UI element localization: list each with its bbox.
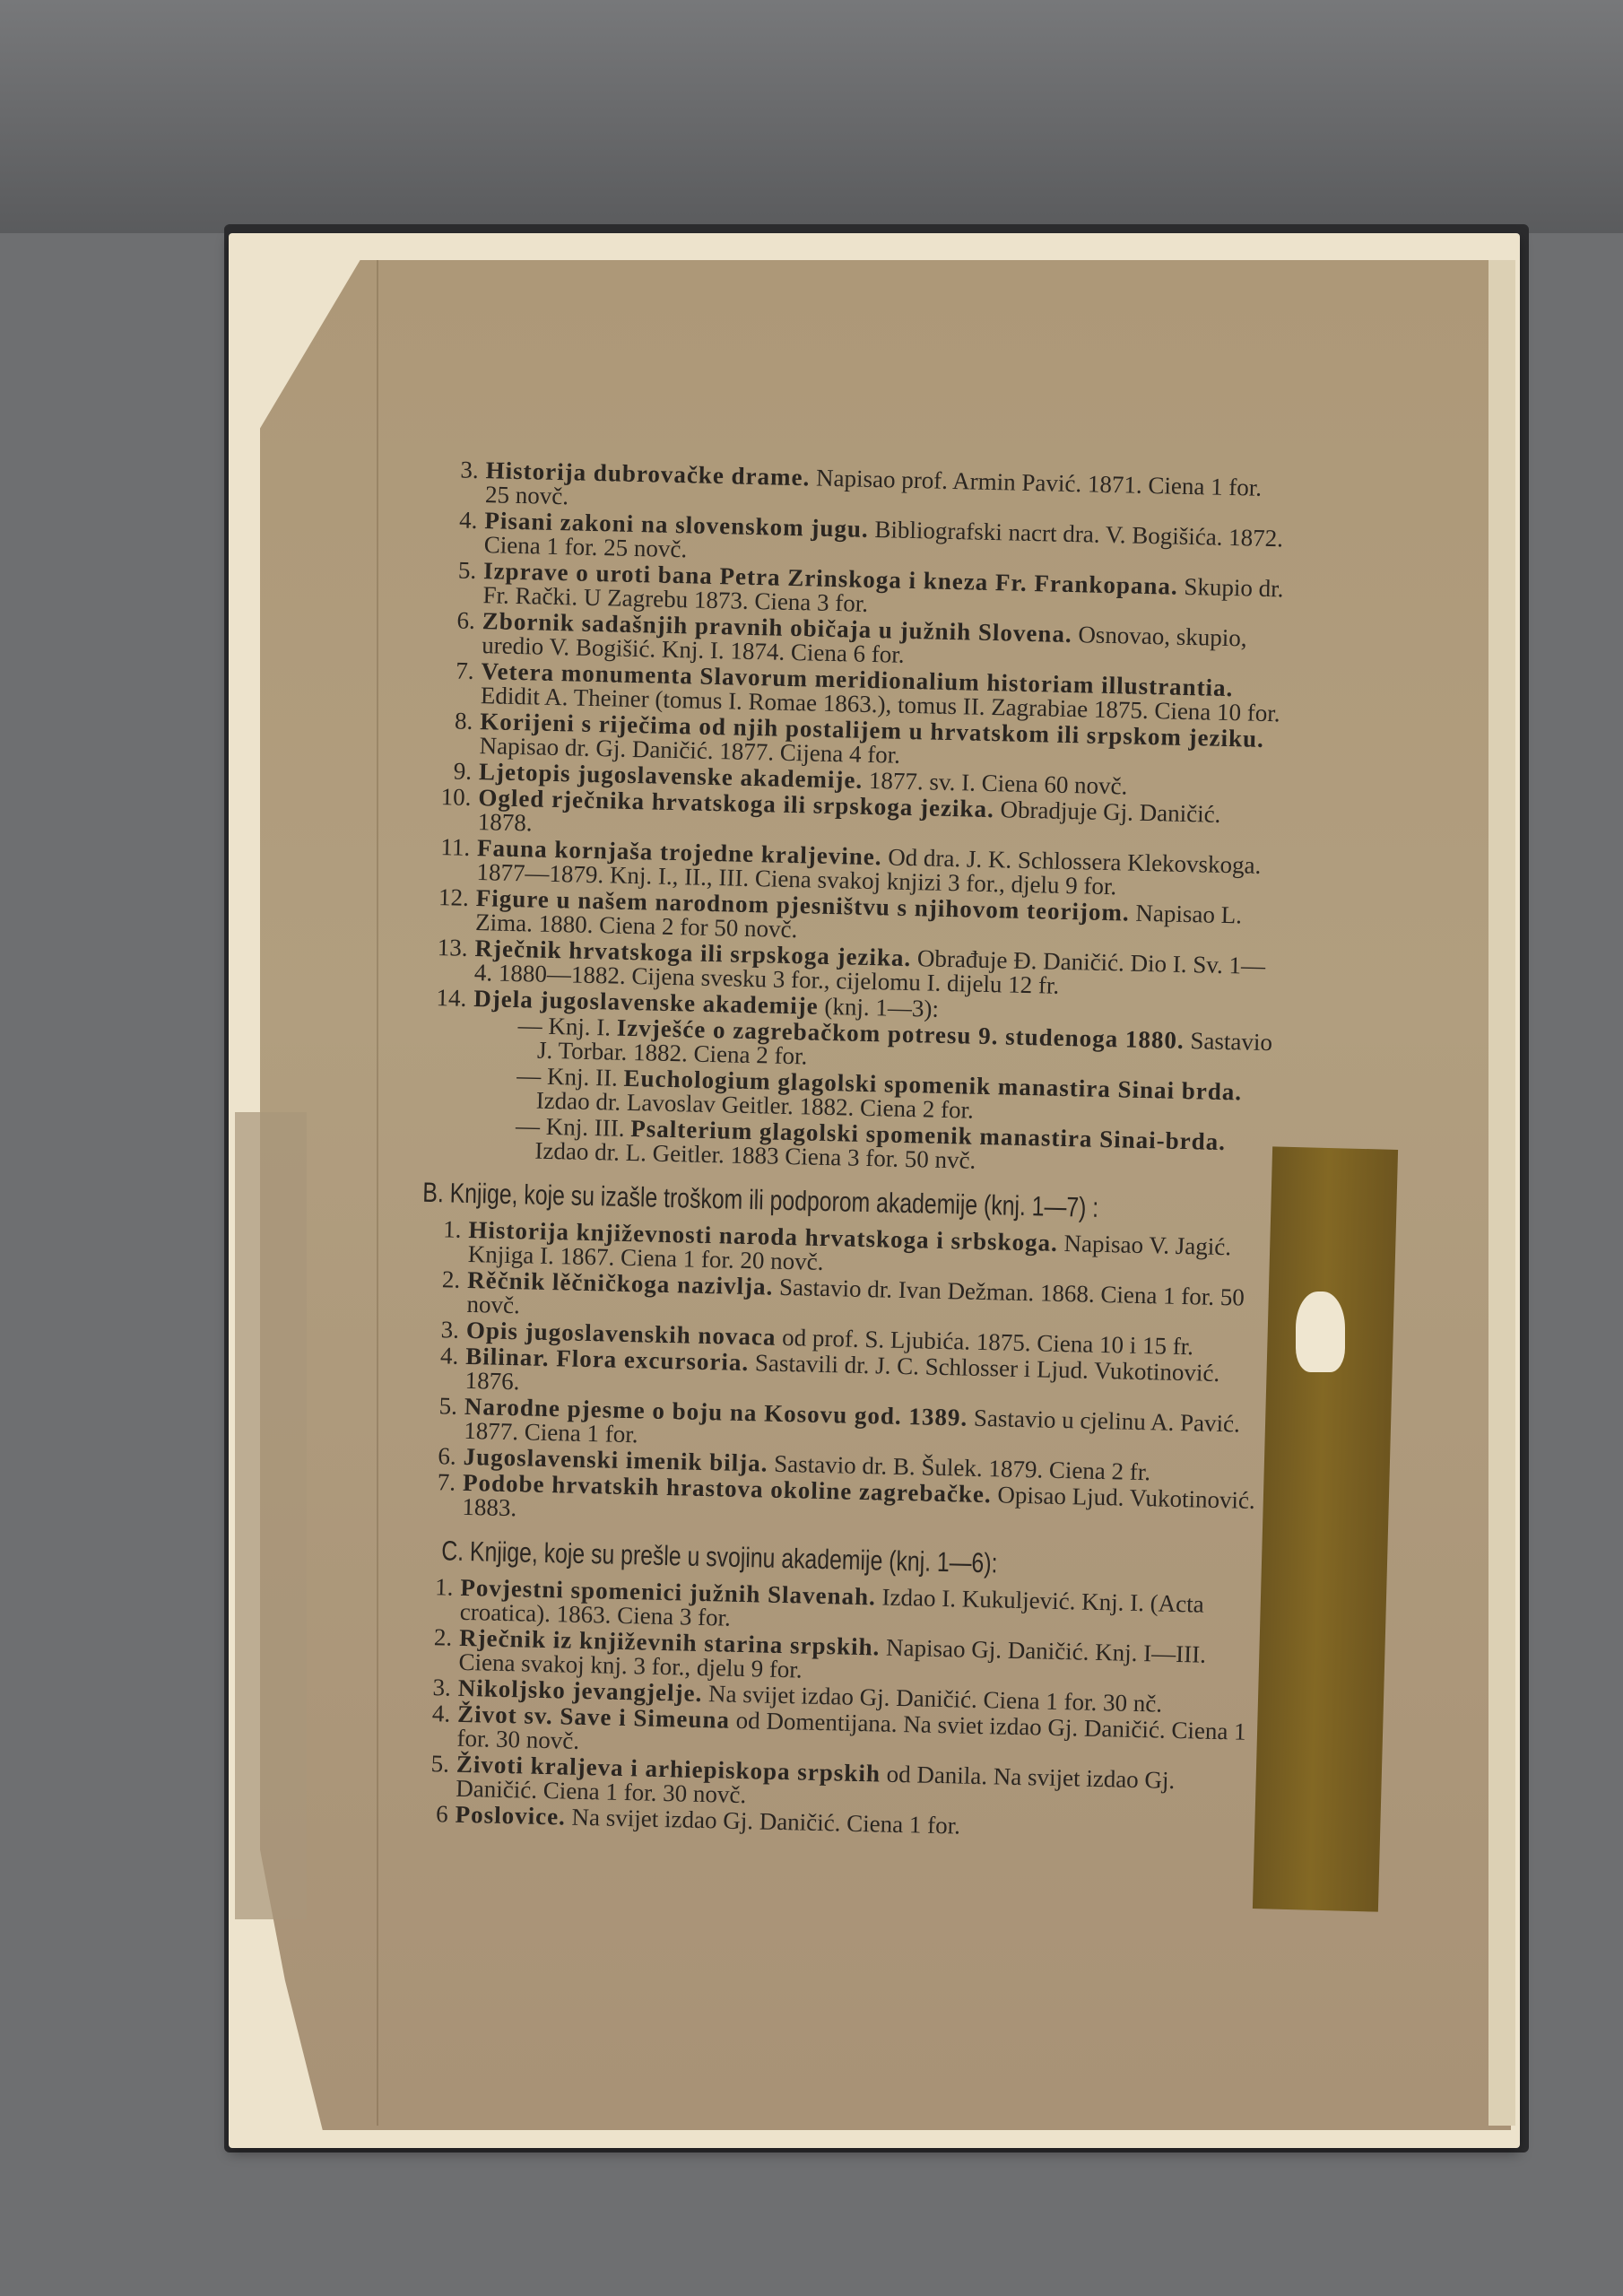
item-number: 6. (416, 1444, 456, 1469)
section-b-heading: B. Knjige, koje su izašle troškom ili po… (422, 1180, 1100, 1220)
item-title: Poslovice. (455, 1801, 566, 1831)
item-number: 5. (418, 1394, 458, 1419)
item-number: 3. (438, 457, 479, 483)
section-b-list: 1.Historija književnosti naroda hrvatsko… (415, 1217, 1269, 1537)
item-number: 14. (427, 986, 467, 1011)
scanner-background (0, 0, 1623, 233)
section-a-list: 3.Historija dubrovačke drame. Napisao pr… (427, 457, 1287, 1029)
page-edge (1488, 260, 1515, 2126)
item-number: 10. (431, 785, 472, 810)
section-c-list: 1.Povjestni spomenici južnih Slavenah. I… (408, 1575, 1261, 1845)
item-number: 2. (421, 1267, 461, 1292)
item-number: 5. (410, 1752, 450, 1777)
torn-flap (235, 1112, 307, 1919)
item-number: 3. (412, 1675, 452, 1700)
item-number: 2. (412, 1625, 453, 1650)
item-number: 9. (432, 759, 473, 784)
item-number: 13. (428, 935, 468, 961)
item-number: 6 (408, 1802, 448, 1827)
item-number: 5. (437, 558, 477, 583)
item-number: 3. (420, 1318, 460, 1343)
item-number: 11. (430, 835, 471, 860)
item-number: 8. (433, 709, 473, 734)
item-number: 4. (438, 508, 478, 533)
section-a-subitems: — Knj. I. Izvješće o zagrebačkom potresu… (423, 1012, 1274, 1179)
item-number: 6. (436, 608, 476, 633)
section-c-heading: C. Knjige, koje su prešle u svojinu akad… (441, 1538, 1098, 1578)
fold-line (377, 260, 378, 2126)
item-number: 1. (413, 1575, 454, 1600)
item-number: 7. (416, 1470, 456, 1495)
item-number: 12. (430, 885, 470, 910)
book-list: 3.Historija dubrovačke drame. Napisao pr… (408, 457, 1286, 1847)
item-number: 4. (411, 1701, 451, 1726)
item-number: 4. (419, 1344, 459, 1369)
item-number: 7. (434, 658, 474, 683)
item-details: (knj. 1—3): (818, 993, 939, 1022)
adhesive-tape-strip (1253, 1146, 1398, 1911)
tape-tear (1296, 1291, 1345, 1372)
item-number: 1. (421, 1217, 462, 1242)
